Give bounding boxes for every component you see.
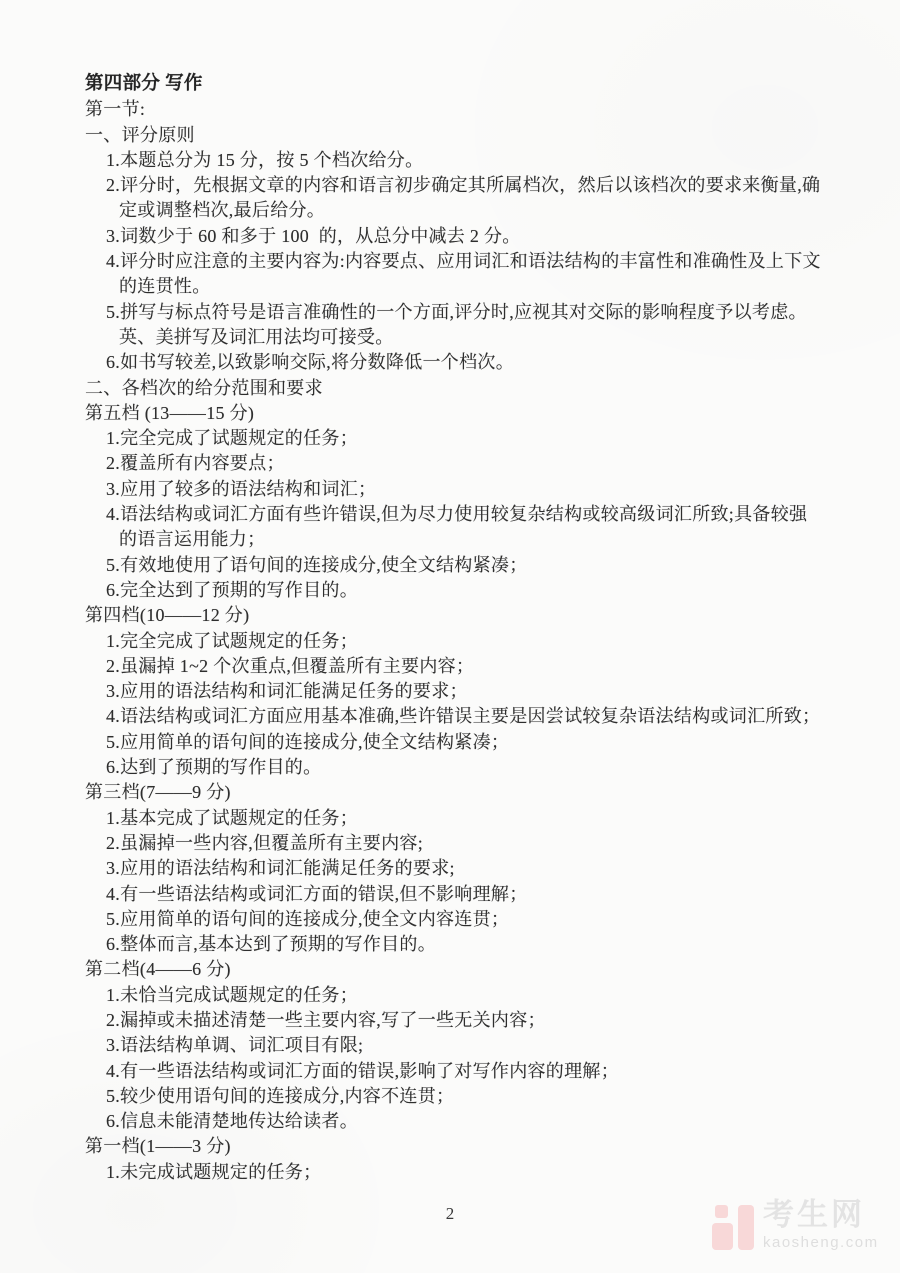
list-item-line: 5.有效地使用了语句间的连接成分,使全文结构紧凑； bbox=[85, 553, 857, 578]
list-item-line: 4.有一些语法结构或词汇方面的错误,但不影响理解； bbox=[85, 882, 857, 907]
list-item-line: 4.语法结构或词汇方面应用基本准确,些许错误主要是因尝试较复杂语法结构或词汇所致… bbox=[85, 704, 857, 729]
list-item-line: 2.虽漏掉一些内容,但覆盖所有主要内容; bbox=[85, 831, 857, 856]
list-item-line: 5.应用简单的语句间的连接成分,使全文内容连贯； bbox=[85, 907, 857, 932]
principles-heading: 一、评分原则 bbox=[85, 123, 857, 148]
watermark: 考生网 kaosheng.com bbox=[712, 1198, 879, 1257]
list-item-line: 4.评分时应注意的主要内容为:内容要点、应用词汇和语法结构的丰富性和准确性及上下… bbox=[85, 249, 857, 274]
list-item-line: 2.漏掉或未描述清楚一些主要内容,写了一些无关内容； bbox=[85, 1008, 857, 1033]
watermark-site-name: 考生网 bbox=[763, 1198, 879, 1232]
watermark-domain: kaosheng.com bbox=[763, 1234, 879, 1251]
bands-heading: 二、各档次的给分范围和要求 bbox=[85, 376, 857, 401]
list-item-line: 1.未完成试题规定的任务； bbox=[85, 1160, 857, 1185]
list-item-line: 1.完全完成了试题规定的任务； bbox=[85, 629, 857, 654]
continuation-line: 的连贯性。 bbox=[85, 274, 857, 299]
list-item-line: 3.应用的语法结构和词汇能满足任务的要求； bbox=[85, 679, 857, 704]
band-title: 第二档(4——6 分) bbox=[85, 957, 857, 982]
list-item-line: 1.未恰当完成试题规定的任务； bbox=[85, 983, 857, 1008]
list-item-line: 3.语法结构单调、词汇项目有限; bbox=[85, 1033, 857, 1058]
list-item-line: 6.信息未能清楚地传达给读者。 bbox=[85, 1109, 857, 1134]
list-item-line: 4.有一些语法结构或词汇方面的错误,影响了对写作内容的理解； bbox=[85, 1059, 857, 1084]
scanned-document-page: 第四部分 写作第一节:一、评分原则1.本题总分为 15 分，按 5 个档次给分。… bbox=[0, 0, 900, 1273]
list-item-line: 6.如书写较差,以致影响交际,将分数降低一个档次。 bbox=[85, 350, 857, 375]
logo-block bbox=[712, 1223, 733, 1250]
list-item-line: 3.词数少于 60 和多于 100 的，从总分中减去 2 分。 bbox=[85, 224, 857, 249]
band-title: 第三档(7——9 分) bbox=[85, 780, 857, 805]
list-item-line: 1.基本完成了试题规定的任务； bbox=[85, 806, 857, 831]
list-item-line: 1.完全完成了试题规定的任务； bbox=[85, 426, 857, 451]
document-body: 第四部分 写作第一节:一、评分原则1.本题总分为 15 分，按 5 个档次给分。… bbox=[85, 72, 857, 1185]
band-title: 第四档(10——12 分) bbox=[85, 603, 857, 628]
band-title: 第五档 (13——15 分) bbox=[85, 401, 857, 426]
kaosheng-logo-icon bbox=[712, 1205, 756, 1257]
continuation-line: 英、美拼写及词汇用法均可接受。 bbox=[85, 325, 857, 350]
continuation-line: 定或调整档次,最后给分。 bbox=[85, 198, 857, 223]
document-title: 第四部分 写作 bbox=[85, 72, 857, 97]
list-item-line: 6.整体而言,基本达到了预期的写作目的。 bbox=[85, 932, 857, 957]
list-item-line: 3.应用了较多的语法结构和词汇； bbox=[85, 477, 857, 502]
list-item-line: 5.拼写与标点符号是语言准确性的一个方面,评分时,应视其对交际的影响程度予以考虑… bbox=[85, 300, 857, 325]
list-item-line: 2.虽漏掉 1~2 个次重点,但覆盖所有主要内容； bbox=[85, 654, 857, 679]
continuation-line: 的语言运用能力； bbox=[85, 527, 857, 552]
list-item-line: 4.语法结构或词汇方面有些许错误,但为尽力使用较复杂结构或较高级词汇所致;具备较… bbox=[85, 502, 857, 527]
list-item-line: 6.完全达到了预期的写作目的。 bbox=[85, 578, 857, 603]
band-title: 第一档(1——3 分) bbox=[85, 1134, 857, 1159]
watermark-text: 考生网 kaosheng.com bbox=[763, 1198, 879, 1251]
logo-block bbox=[738, 1205, 754, 1250]
section-note: 第一节: bbox=[85, 97, 857, 122]
list-item-line: 5.应用简单的语句间的连接成分,使全文结构紧凑； bbox=[85, 730, 857, 755]
logo-block bbox=[715, 1205, 728, 1218]
list-item-line: 6.达到了预期的写作目的。 bbox=[85, 755, 857, 780]
list-item-line: 1.本题总分为 15 分，按 5 个档次给分。 bbox=[85, 148, 857, 173]
list-item-line: 5.较少使用语句间的连接成分,内容不连贯； bbox=[85, 1084, 857, 1109]
list-item-line: 2.覆盖所有内容要点； bbox=[85, 451, 857, 476]
list-item-line: 3.应用的语法结构和词汇能满足任务的要求; bbox=[85, 856, 857, 881]
list-item-line: 2.评分时，先根据文章的内容和语言初步确定其所属档次，然后以该档次的要求来衡量,… bbox=[85, 173, 857, 198]
